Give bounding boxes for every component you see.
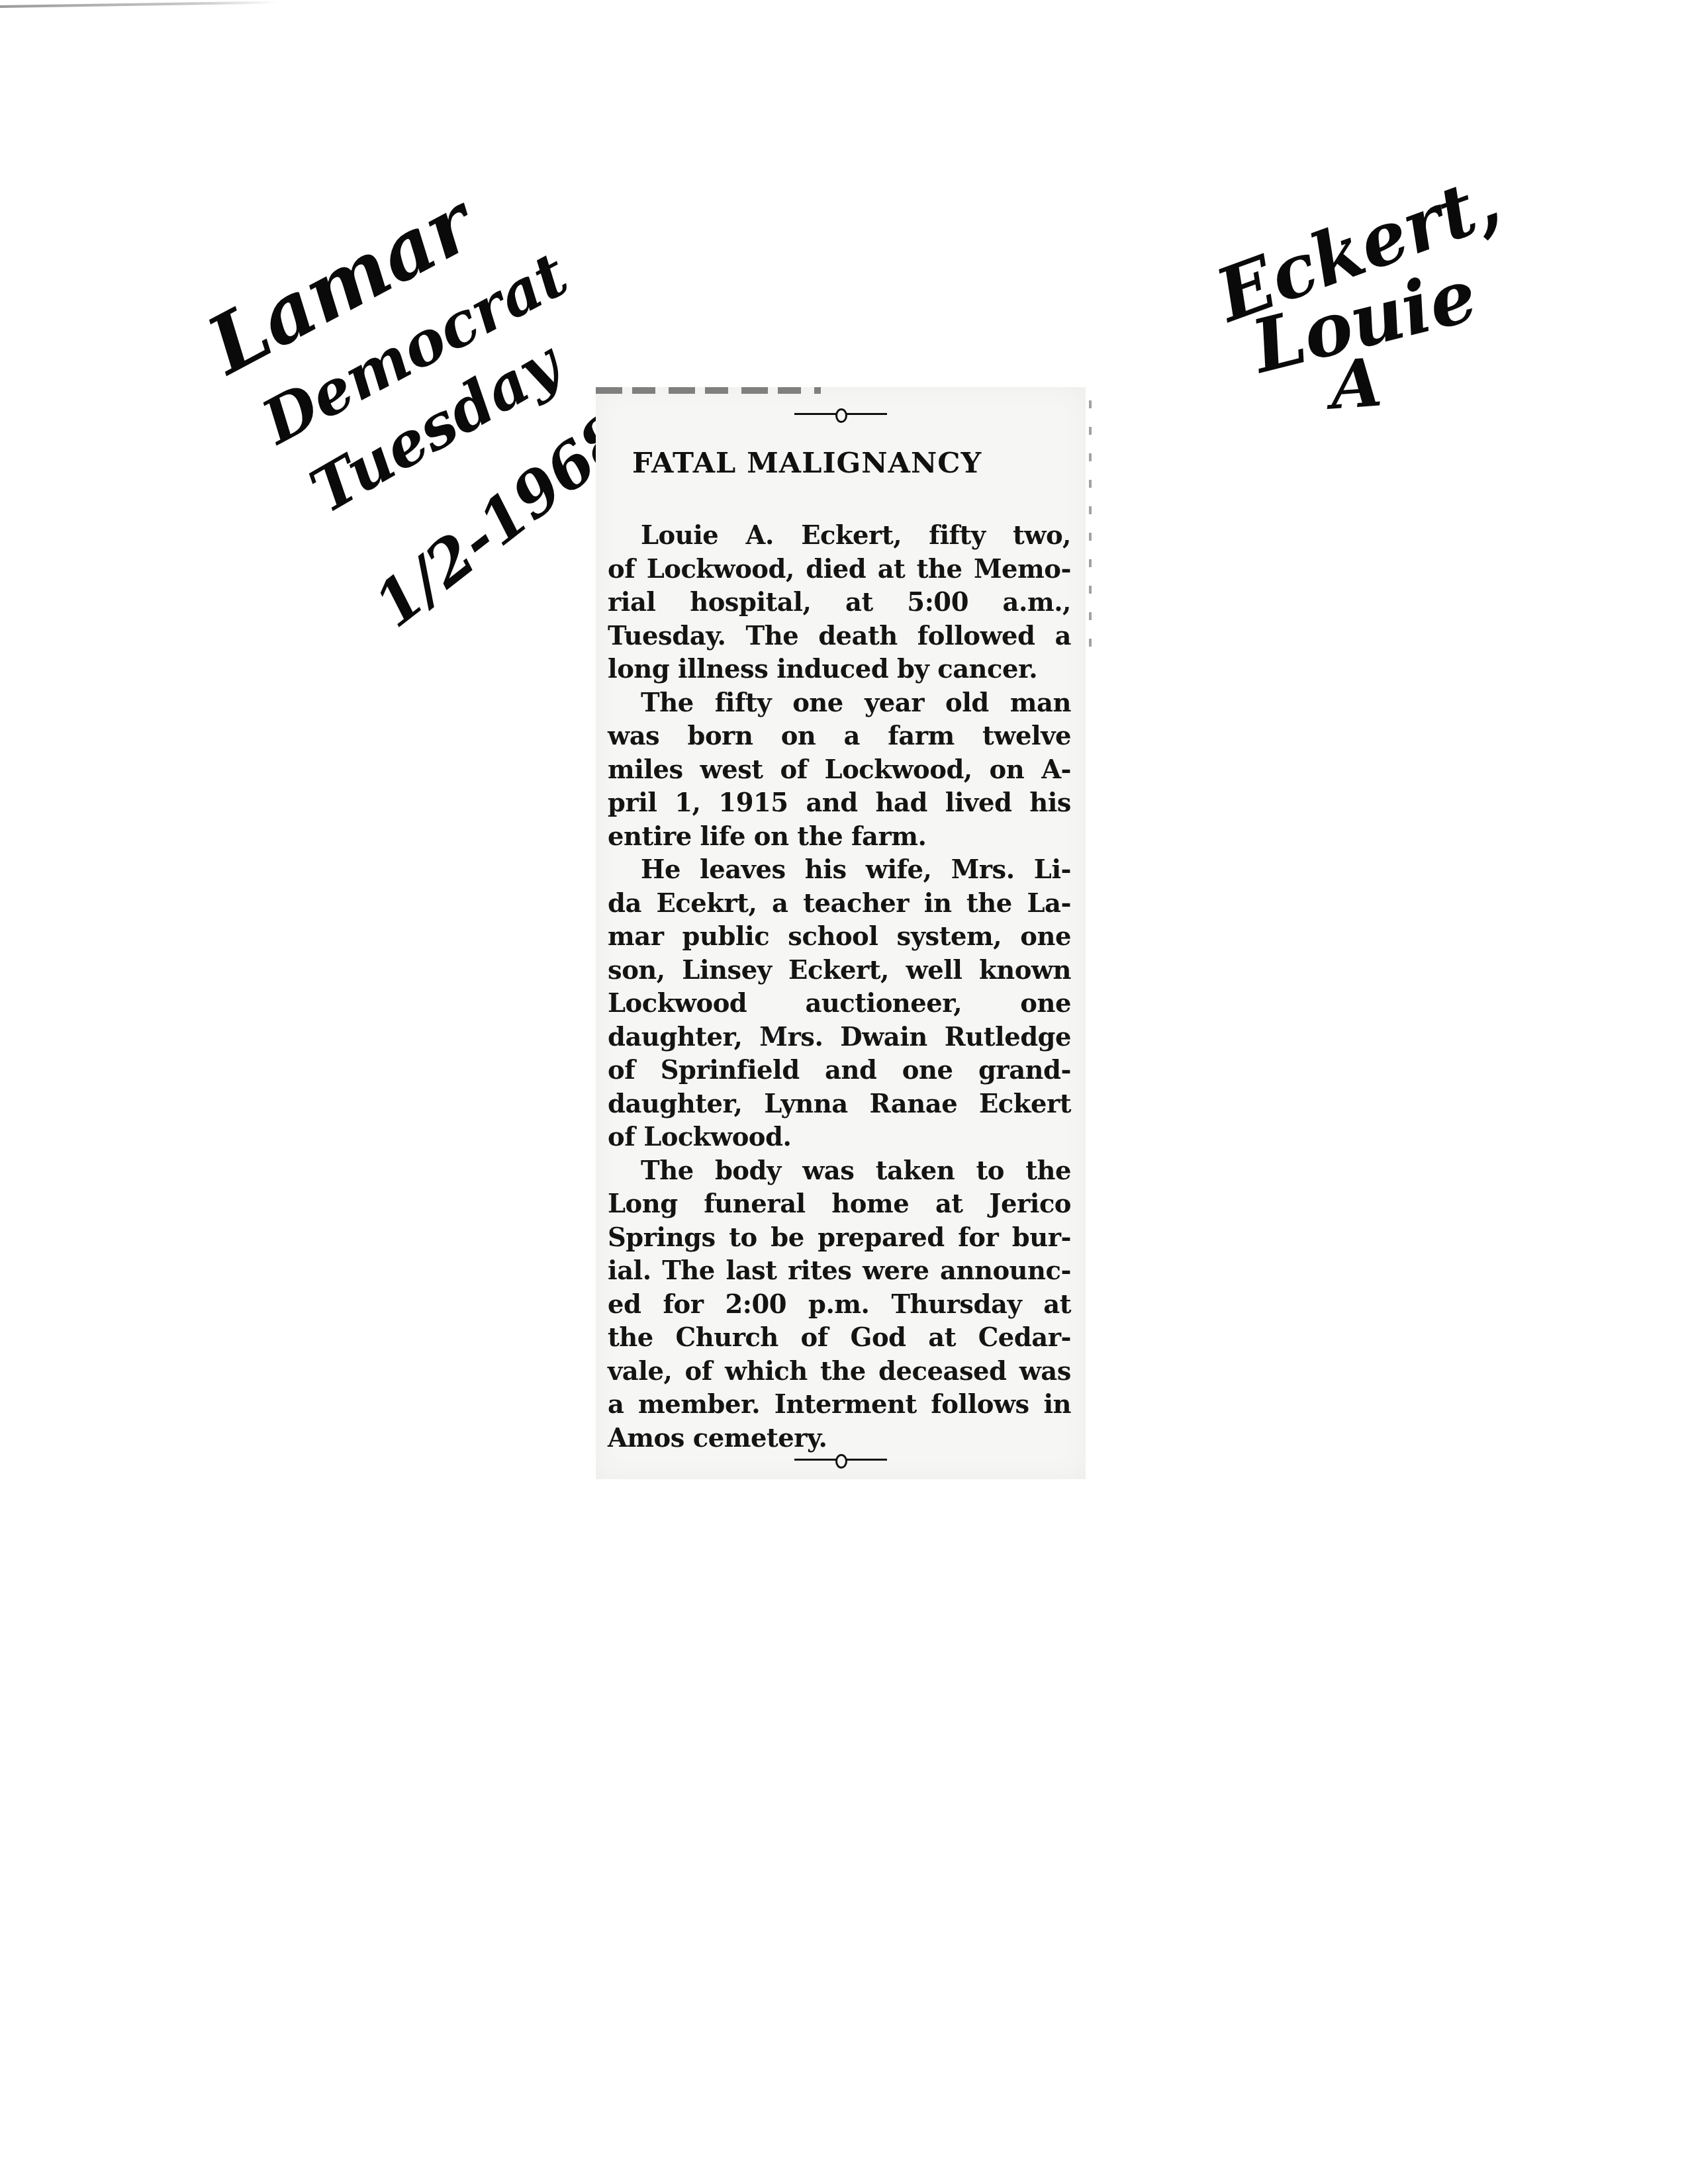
article-line: ial. The last rites were announc- xyxy=(608,1255,1071,1289)
article-line: ed for 2:00 p.m. Thursday at xyxy=(608,1289,1071,1322)
article-line: daughter, Mrs. Dwain Rutledge xyxy=(608,1021,1071,1055)
scan-edge-line xyxy=(0,1,278,8)
article-line: entire life on the farm. xyxy=(608,821,1071,854)
article-line: The fifty one year old man xyxy=(608,687,1071,721)
article-line: rial hospital, at 5:00 a.m., xyxy=(608,586,1071,620)
ornament-divider-icon xyxy=(794,1453,887,1466)
article-line: Springs to be prepared for bur- xyxy=(608,1222,1071,1255)
article-line: The body was taken to the xyxy=(608,1155,1071,1189)
article-line: son, Linsey Eckert, well known xyxy=(608,954,1071,988)
article-line: the Church of God at Cedar- xyxy=(608,1322,1071,1355)
article-line: vale, of which the deceased was xyxy=(608,1355,1071,1389)
article-body: Louie A. Eckert, fifty two,of Lockwood, … xyxy=(608,520,1071,1455)
article-line: miles west of Lockwood, on A- xyxy=(608,754,1071,788)
article-line: daughter, Lynna Ranae Eckert xyxy=(608,1088,1071,1122)
article-line: of Lockwood, died at the Memo- xyxy=(608,553,1071,587)
article-line: of Lockwood. xyxy=(608,1121,1071,1155)
article-line: a member. Interment follows in xyxy=(608,1388,1071,1422)
article-headline: FATAL MALIGNANCY xyxy=(632,447,982,480)
article-line: mar public school system, one xyxy=(608,921,1071,954)
article-line: Tuesday. The death followed a xyxy=(608,620,1071,654)
article-line: Louie A. Eckert, fifty two, xyxy=(608,520,1071,553)
cut-off-text-fragment xyxy=(596,387,821,394)
column-edge-marks xyxy=(1089,400,1092,665)
article-line: Long funeral home at Jerico xyxy=(608,1188,1071,1222)
handwritten-initial: A xyxy=(1329,349,1384,418)
article-line: of Sprinfield and one grand- xyxy=(608,1054,1071,1088)
newspaper-clipping: FATAL MALIGNANCY Louie A. Eckert, fifty … xyxy=(596,387,1086,1479)
ornament-divider-icon xyxy=(794,407,887,420)
article-line: He leaves his wife, Mrs. Li- xyxy=(608,854,1071,887)
article-line: Lockwood auctioneer, one xyxy=(608,987,1071,1021)
article-line: pril 1, 1915 and had lived his xyxy=(608,787,1071,821)
article-line: long illness induced by cancer. xyxy=(608,653,1071,687)
article-line: Amos cemetery. xyxy=(608,1422,1071,1456)
article-line: da Ecekrt, a teacher in the La- xyxy=(608,887,1071,921)
article-line: was born on a farm twelve xyxy=(608,720,1071,754)
